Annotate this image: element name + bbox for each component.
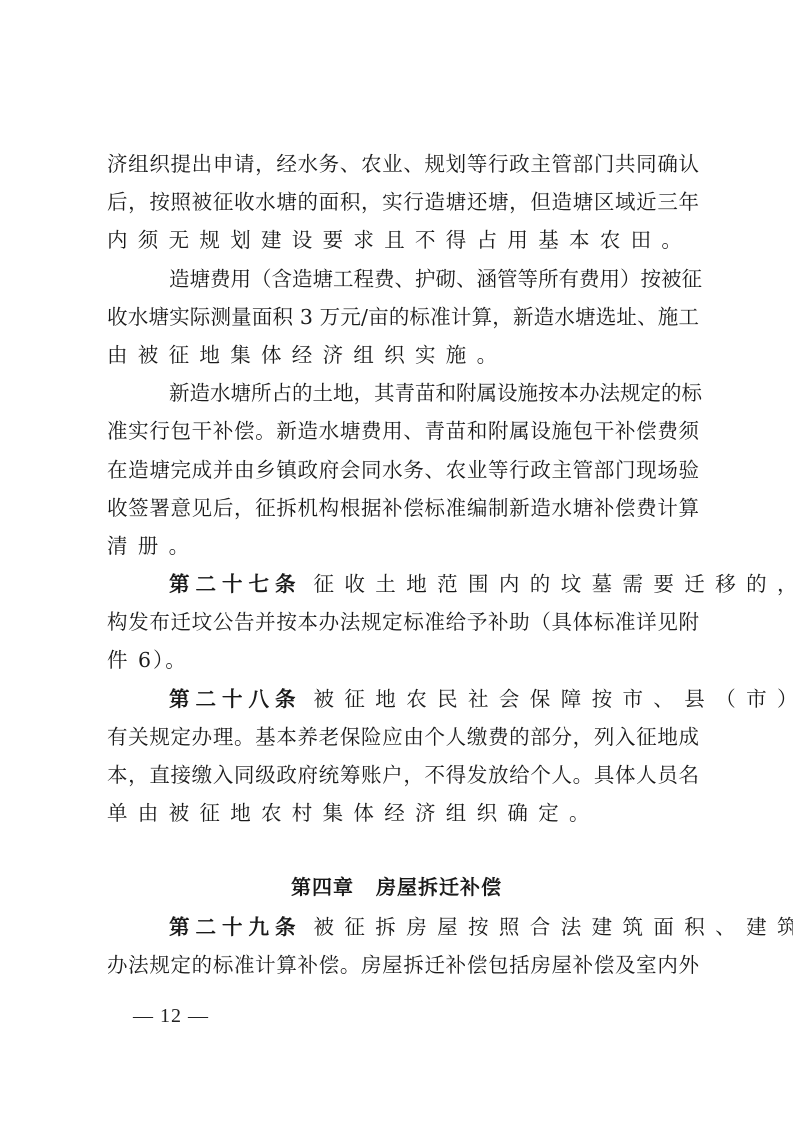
- text-line: 本，直接缴入同级政府统筹账户，不得发放给个人。具体人员名: [107, 756, 699, 794]
- text-line: 有关规定办理。基本养老保险应由个人缴费的部分，列入征地成: [107, 718, 699, 756]
- document-page: 济组织提出申请，经水务、农业、规划等行政主管部门共同确认 后，按照被征收水塘的面…: [0, 0, 793, 1122]
- text-line: 收签署意见后，征拆机构根据补偿标准编制新造水塘补偿费计算: [107, 489, 699, 527]
- text-line: 构发布迁坟公告并按本办法规定标准给予补助（具体标准详见附: [107, 603, 699, 641]
- chapter-number: 第四章: [291, 875, 354, 899]
- article-27: 第二十七条征收土地范围内的坟墓需要迁移的，由征拆机 构发布迁坟公告并按本办法规定…: [107, 565, 699, 680]
- article-text: 征收土地范围内的坟墓需要迁移的，由征拆机: [314, 572, 793, 596]
- text-line: 第二十九条被征拆房屋按照合法建筑面积、建筑结构和本: [107, 908, 699, 946]
- article-number: 第二十八条: [169, 687, 302, 711]
- text-line: 清册。: [107, 527, 699, 565]
- article-29: 第二十九条被征拆房屋按照合法建筑面积、建筑结构和本 办法规定的标准计算补偿。房屋…: [107, 908, 699, 984]
- article-number: 第二十九条: [169, 915, 302, 939]
- text-line: 件 6）。: [107, 641, 699, 679]
- text-line: 单由被征地农村集体经济组织确定。: [107, 794, 699, 832]
- article-text: 被征地农民社会保障按市、县（市）人民政府: [314, 687, 793, 711]
- article-28: 第二十八条被征地农民社会保障按市、县（市）人民政府 有关规定办理。基本养老保险应…: [107, 680, 699, 833]
- chapter-title: 房屋拆迁补偿: [376, 875, 502, 899]
- body-text: 济组织提出申请，经水务、农业、规划等行政主管部门共同确认 后，按照被征收水塘的面…: [107, 145, 699, 832]
- text-line: 新造水塘所占的土地，其青苗和附属设施按本办法规定的标: [107, 374, 699, 412]
- article-29-block: 第二十九条被征拆房屋按照合法建筑面积、建筑结构和本 办法规定的标准计算补偿。房屋…: [107, 908, 699, 984]
- article-number: 第二十七条: [169, 572, 302, 596]
- text-line: 后，按照被征收水塘的面积，实行造塘还塘，但造塘区域近三年: [107, 183, 699, 221]
- text-line: 在造塘完成并由乡镇政府会同水务、农业等行政主管部门现场验: [107, 451, 699, 489]
- text-line: 内须无规划建设要求且不得占用基本农田。: [107, 221, 699, 259]
- article-text: 被征拆房屋按照合法建筑面积、建筑结构和本: [314, 915, 793, 939]
- chapter-heading: 第四章房屋拆迁补偿: [0, 872, 793, 902]
- text-line: 第二十八条被征地农民社会保障按市、县（市）人民政府: [107, 680, 699, 718]
- paragraph-new-pond-land-compensation: 新造水塘所占的土地，其青苗和附属设施按本办法规定的标 准实行包干补偿。新造水塘费…: [107, 374, 699, 565]
- page-number: — 12 —: [133, 1005, 209, 1028]
- text-line: 造塘费用（含造塘工程费、护砌、涵管等所有费用）按被征: [107, 260, 699, 298]
- text-line: 准实行包干补偿。新造水塘费用、青苗和附属设施包干补偿费须: [107, 412, 699, 450]
- text-line: 第二十七条征收土地范围内的坟墓需要迁移的，由征拆机: [107, 565, 699, 603]
- text-line: 办法规定的标准计算补偿。房屋拆迁补偿包括房屋补偿及室内外: [107, 946, 699, 984]
- text-line: 济组织提出申请，经水务、农业、规划等行政主管部门共同确认: [107, 145, 699, 183]
- text-line: 收水塘实际测量面积 3 万元/亩的标准计算，新造水塘选址、施工: [107, 298, 699, 336]
- paragraph-water-pond-application: 济组织提出申请，经水务、农业、规划等行政主管部门共同确认 后，按照被征收水塘的面…: [107, 145, 699, 260]
- text-line: 由被征地集体经济组织实施。: [107, 336, 699, 374]
- paragraph-pond-construction-cost: 造塘费用（含造塘工程费、护砌、涵管等所有费用）按被征 收水塘实际测量面积 3 万…: [107, 260, 699, 375]
